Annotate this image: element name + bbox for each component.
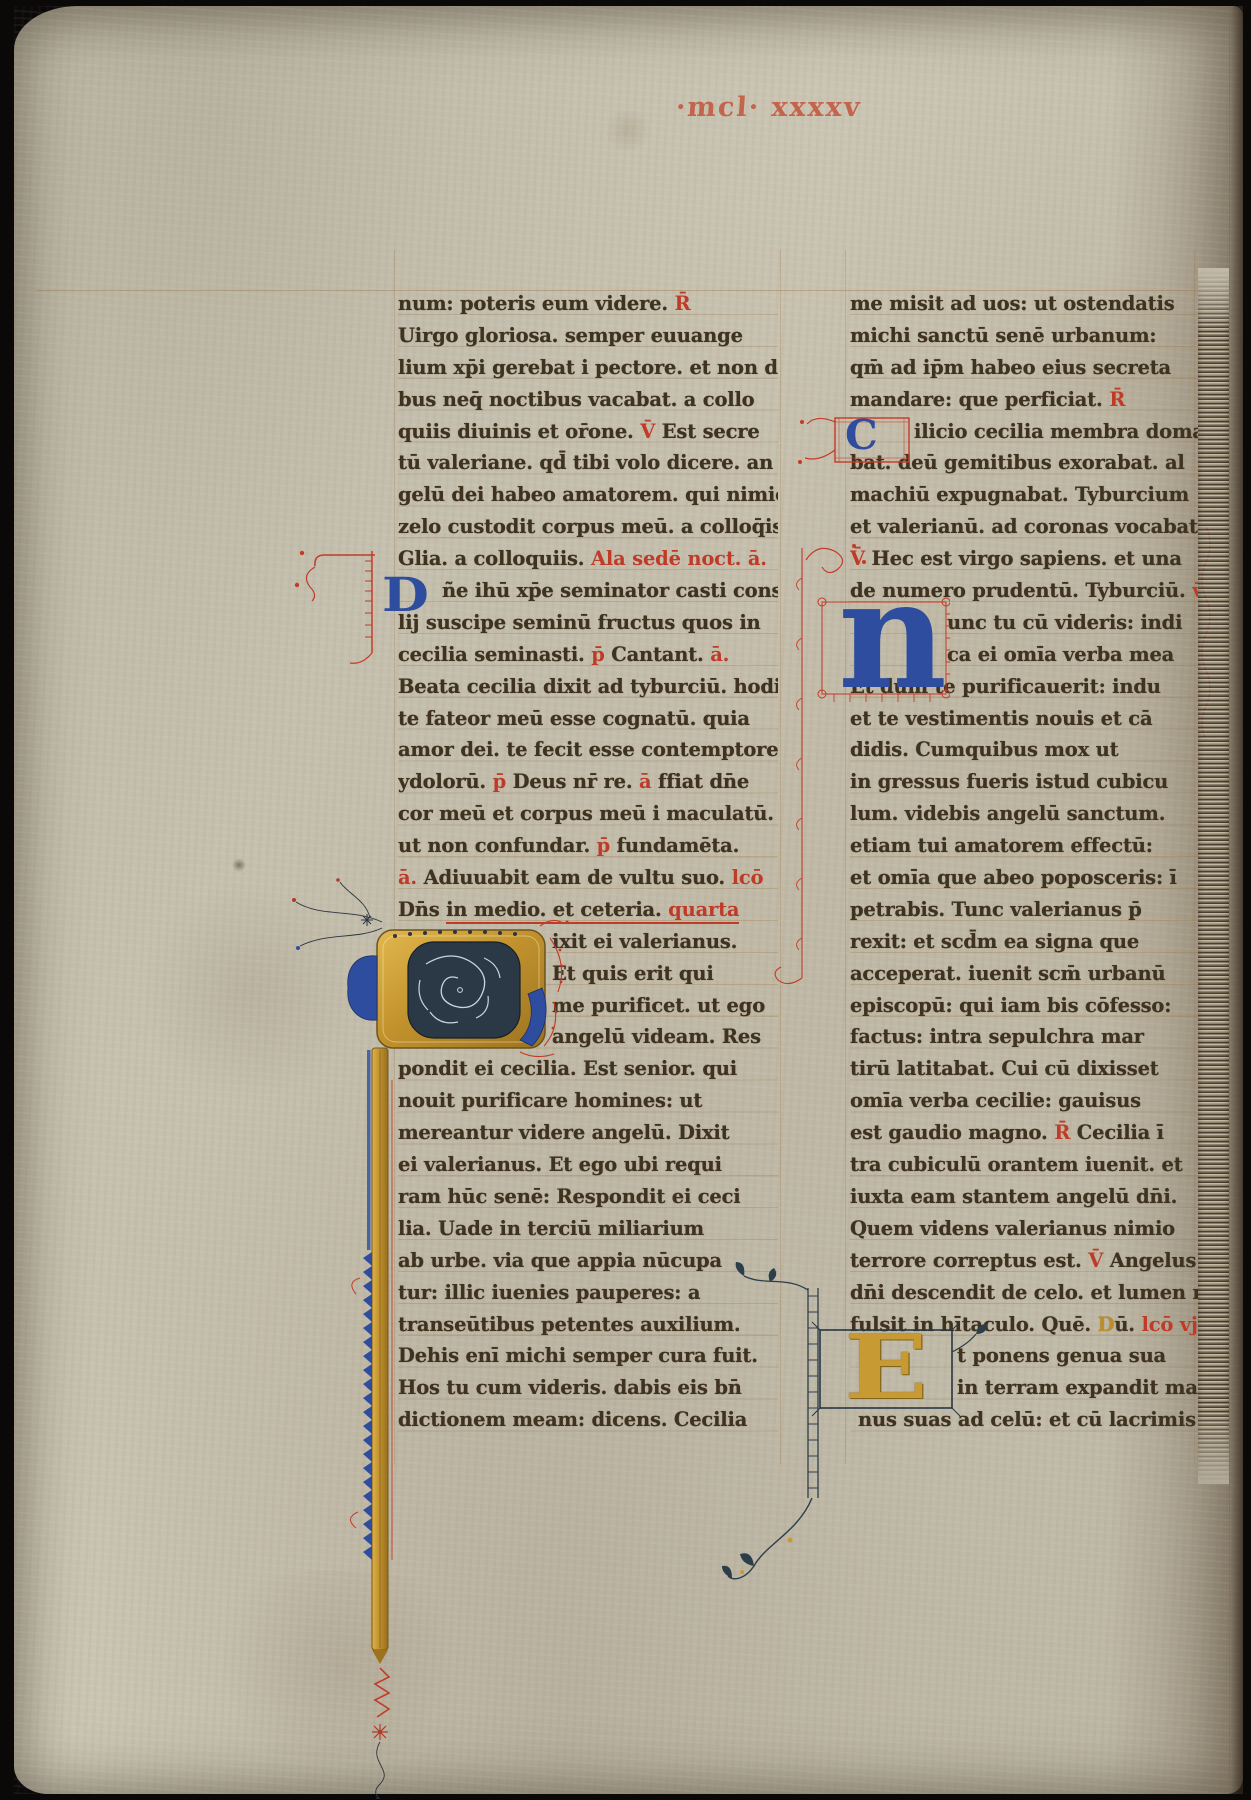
text-run: in gressus fueris istud cubicu bbox=[850, 770, 1168, 793]
text-line: dn̄i descendit de celo. et lumen re bbox=[850, 1277, 1198, 1309]
text-line: machiū expugnabat. Tyburcium bbox=[850, 479, 1198, 511]
text-line: Beata cecilia dixit ad tyburciū. hodie bbox=[398, 671, 778, 703]
ruling-line-vertical bbox=[394, 250, 395, 1464]
text-line: angelū videam. Res bbox=[398, 1021, 778, 1053]
text-run: fundamēta. bbox=[610, 834, 739, 857]
text-run: Ala sedē noct. ā. bbox=[591, 547, 767, 570]
text-line: terrore correptus est. V̄ Angelus bbox=[850, 1245, 1198, 1277]
text-line: est gaudio magno. R̄ Cecilia ī bbox=[850, 1117, 1198, 1149]
text-line: cecilia seminasti. p̄ Cantant. ā. bbox=[398, 639, 778, 671]
text-line: dictionem meam: dicens. Cecilia bbox=[398, 1404, 778, 1436]
text-run: machiū expugnabat. Tyburcium bbox=[850, 483, 1189, 506]
text-line: ixit ei valerianus. bbox=[398, 926, 778, 958]
text-run: transeūtibus petentes auxilium. bbox=[398, 1313, 741, 1336]
text-line: Hos tu cum videris. dabis eis bn̄ bbox=[398, 1372, 778, 1404]
text-run: angelū videam. Res bbox=[552, 1025, 761, 1048]
text-line: nouit purificare homines: ut bbox=[398, 1085, 778, 1117]
text-run: Cecilia ī bbox=[1070, 1121, 1164, 1144]
text-run: terrore correptus est. bbox=[850, 1249, 1088, 1272]
text-run: V̄ bbox=[1088, 1249, 1103, 1272]
text-line: Dn̄s in medio. et ceteria. quarta bbox=[398, 894, 778, 926]
text-run: michi sanctū senē urbanum: bbox=[850, 324, 1156, 347]
text-run: dn̄i descendit de celo. et lumen re bbox=[850, 1281, 1198, 1304]
text-run: Et quis erit qui bbox=[552, 962, 714, 985]
text-run: R̄ bbox=[1109, 388, 1125, 411]
text-run: Cantant. bbox=[605, 643, 711, 666]
text-line: Glia. a colloquiis. Ala sedē noct. ā. bbox=[398, 543, 778, 575]
text-line: Quem videns valerianus nimio bbox=[850, 1213, 1198, 1245]
text-run: t ponens genua sua bbox=[957, 1344, 1166, 1367]
text-line: ydolorū. p̄ Deus nr̄ re. ā ffiat dn̄e bbox=[398, 766, 778, 798]
text-run: petrabis. Tunc valerianus p̄ bbox=[850, 898, 1142, 921]
text-run: Et dum te purificauerit: indu bbox=[850, 675, 1161, 698]
ruling-line-vertical bbox=[845, 250, 846, 1464]
text-line: quiis diuinis et or̄one. V̄ Est secre bbox=[398, 416, 778, 448]
text-line: me purificet. ut ego bbox=[398, 990, 778, 1022]
text-line: cor meū et corpus meū i maculatū. bbox=[398, 798, 778, 830]
text-line: petrabis. Tunc valerianus p̄ bbox=[850, 894, 1198, 926]
text-run: me purificet. ut ego bbox=[552, 994, 765, 1017]
text-line: amor dei. te fecit esse contemptorem bbox=[398, 734, 778, 766]
text-line: te fateor meū esse cognatū. quia bbox=[398, 703, 778, 735]
text-run: ixit ei valerianus. bbox=[552, 930, 737, 953]
text-run: V̄ bbox=[640, 420, 655, 443]
text-run: tū valeriane. qd̄ tibi volo dicere. an bbox=[398, 451, 773, 474]
text-line: tra cubiculū orantem iuenit. et bbox=[850, 1149, 1198, 1181]
text-line: de numero prudentū. Tyburciū. v̄. bbox=[850, 575, 1198, 607]
fore-edge-fade bbox=[1198, 268, 1229, 1484]
text-run: ydolorū. bbox=[398, 770, 493, 793]
text-line: didis. Cumquibus mox ut bbox=[850, 734, 1198, 766]
text-run: acceperat. iuenit scm̄ urbanū bbox=[850, 962, 1165, 985]
text-run: in terram expandit ma bbox=[957, 1376, 1198, 1399]
text-run: nouit purificare homines: ut bbox=[398, 1089, 702, 1112]
text-run: tra cubiculū orantem iuenit. et bbox=[850, 1153, 1183, 1176]
text-run: est gaudio magno. bbox=[850, 1121, 1054, 1144]
folio-number: ·mcl· xxxxv bbox=[675, 92, 863, 123]
text-line: lium xp̄i gerebat i pectore. et non die bbox=[398, 352, 778, 384]
text-line: unc tu cū videris: indi bbox=[850, 607, 1198, 639]
text-line: et omīa que abeo poposceris: ī bbox=[850, 862, 1198, 894]
text-line: episcopū: qui iam bis cōfesso: bbox=[850, 990, 1198, 1022]
text-line: michi sanctū senē urbanum: bbox=[850, 320, 1198, 352]
text-run: zelo custodit corpus meū. a colloq̄is. bbox=[398, 515, 778, 538]
text-run: lia. Uade in terciū miliarium bbox=[398, 1217, 704, 1240]
text-run: fulsit in hītaculo. Quē. bbox=[850, 1313, 1098, 1336]
text-line: Et quis erit qui bbox=[398, 958, 778, 990]
text-line: ca ei omīa verba mea bbox=[850, 639, 1198, 671]
text-line: acceperat. iuenit scm̄ urbanū bbox=[850, 958, 1198, 990]
text-run: bus neq̄ noctibus vacabat. a collo bbox=[398, 388, 755, 411]
text-run: ca ei omīa verba mea bbox=[947, 643, 1174, 666]
text-run: unc tu cū videris: indi bbox=[947, 611, 1182, 634]
text-run: Angelus bbox=[1103, 1249, 1196, 1272]
text-run: Hec est virgo sapiens. et una bbox=[865, 547, 1182, 570]
text-run: ffiat dn̄e bbox=[651, 770, 749, 793]
text-run: et omīa que abeo poposceris: ī bbox=[850, 866, 1177, 889]
text-line: tur: illic iuenies pauperes: a bbox=[398, 1277, 778, 1309]
text-line: in gressus fueris istud cubicu bbox=[850, 766, 1198, 798]
text-run: p̄ bbox=[597, 834, 610, 857]
page-right-edge-shadow bbox=[1229, 6, 1243, 1794]
text-run: Uirgo gloriosa. semper euuange bbox=[398, 324, 743, 347]
text-run: didis. Cumquibus mox ut bbox=[850, 738, 1118, 761]
text-line: lij suscipe seminū fructus quos in bbox=[398, 607, 778, 639]
text-run: etiam tui amatorem effectū: bbox=[850, 834, 1153, 857]
text-column-left: num: poteris eum videre. R̄Uirgo glorios… bbox=[398, 288, 778, 1440]
text-run: ei valerianus. Et ego ubi requi bbox=[398, 1153, 722, 1176]
text-run: p̄ bbox=[591, 643, 604, 666]
text-run: Hos tu cum videris. dabis eis bn̄ bbox=[398, 1376, 742, 1399]
text-run: D bbox=[1098, 1313, 1115, 1336]
text-line: iuxta eam stantem angelū dn̄i. bbox=[850, 1181, 1198, 1213]
ruling-line-vertical bbox=[780, 250, 781, 1464]
text-line: et valerianū. ad coronas vocabat. bbox=[850, 511, 1198, 543]
text-run: et valerianū. ad coronas vocabat. bbox=[850, 515, 1198, 538]
text-run: et te vestimentis nouis et cā bbox=[850, 707, 1152, 730]
text-run: pondit ei cecilia. Est senior. qui bbox=[398, 1057, 737, 1080]
text-line: nus suas ad celū: et cū lacrimis bbox=[850, 1404, 1198, 1436]
text-line: rexit: et scd̄m ea signa que bbox=[850, 926, 1198, 958]
text-run: Glia. a colloquiis. bbox=[398, 547, 591, 570]
text-run: V̄ bbox=[850, 547, 865, 570]
text-line: et te vestimentis nouis et cā bbox=[850, 703, 1198, 735]
text-run: quiis diuinis et or̄one. bbox=[398, 420, 640, 443]
text-run: amor dei. te fecit esse contemptorem bbox=[398, 738, 778, 761]
text-line: Dehis enī michi semper cura fuit. bbox=[398, 1340, 778, 1372]
text-line: ei valerianus. Et ego ubi requi bbox=[398, 1149, 778, 1181]
text-run: p̄ bbox=[493, 770, 506, 793]
text-run: quarta bbox=[668, 898, 739, 924]
text-line: etiam tui amatorem effectū: bbox=[850, 830, 1198, 862]
text-line: zelo custodit corpus meū. a colloq̄is. bbox=[398, 511, 778, 543]
text-run: num: poteris eum videre. bbox=[398, 292, 675, 315]
text-line: transeūtibus petentes auxilium. bbox=[398, 1309, 778, 1341]
text-line: t ponens genua sua bbox=[850, 1340, 1198, 1372]
text-line: Uirgo gloriosa. semper euuange bbox=[398, 320, 778, 352]
manuscript-photo: ·mcl· xxxxv num: poteris eum videre. R̄U… bbox=[0, 0, 1251, 1800]
text-run: lcō bbox=[732, 866, 764, 889]
text-run: Dehis enī michi semper cura fuit. bbox=[398, 1344, 758, 1367]
text-run: Beata cecilia dixit ad tyburciū. hodie bbox=[398, 675, 778, 698]
text-run: nus suas ad celū: et cū lacrimis bbox=[858, 1408, 1196, 1431]
text-line: ilicio cecilia membra doma bbox=[850, 416, 1198, 448]
text-line: mereantur videre angelū. Dixit bbox=[398, 1117, 778, 1149]
text-run: Quem videns valerianus nimio bbox=[850, 1217, 1175, 1240]
text-run: me misit ad uos: ut ostendatis bbox=[850, 292, 1174, 315]
text-line: V̄ Hec est virgo sapiens. et una bbox=[850, 543, 1198, 575]
text-line: ram hūc senē: Respondit ei ceci bbox=[398, 1181, 778, 1213]
text-run: te fateor meū esse cognatū. quia bbox=[398, 707, 750, 730]
text-line: bat. deū gemitibus exorabat. al bbox=[850, 447, 1198, 479]
text-line: factus: intra sepulchra mar bbox=[850, 1021, 1198, 1053]
text-run: Est secre bbox=[655, 420, 759, 443]
text-run: ā. bbox=[710, 643, 729, 666]
text-line: ab urbe. via que appia nūcupa bbox=[398, 1245, 778, 1277]
text-run: episcopū: qui iam bis cōfesso: bbox=[850, 994, 1171, 1017]
text-run: lcō vj bbox=[1141, 1313, 1197, 1336]
text-column-right: me misit ad uos: ut ostendatismichi sanc… bbox=[850, 288, 1198, 1440]
text-line: bus neq̄ noctibus vacabat. a collo bbox=[398, 384, 778, 416]
text-line: tū valeriane. qd̄ tibi volo dicere. an bbox=[398, 447, 778, 479]
text-run: dictionem meam: dicens. Cecilia bbox=[398, 1408, 747, 1431]
text-run: R̄ bbox=[675, 292, 691, 315]
text-line: lum. videbis angelū sanctum. bbox=[850, 798, 1198, 830]
text-run: ā bbox=[639, 770, 651, 793]
text-run: mandare: que perficiat. bbox=[850, 388, 1109, 411]
text-line: ut non confundar. p̄ fundamēta. bbox=[398, 830, 778, 862]
text-run: gelū dei habeo amatorem. qui nimio bbox=[398, 483, 778, 506]
text-line: mandare: que perficiat. R̄ bbox=[850, 384, 1198, 416]
text-run: qm̄ ad ip̄m habeo eius secreta bbox=[850, 356, 1171, 379]
text-run: Deus nr̄ re. bbox=[506, 770, 639, 793]
text-line: Et dum te purificauerit: indu bbox=[850, 671, 1198, 703]
text-run: lij suscipe seminū fructus quos in bbox=[398, 611, 761, 634]
text-run: ū. bbox=[1114, 1313, 1141, 1336]
text-run: omīa verba cecilie: gauisus bbox=[850, 1089, 1141, 1112]
text-run: de numero prudentū. Tyburciū. bbox=[850, 579, 1192, 602]
text-run: in medio. et ceteria. bbox=[446, 898, 668, 924]
text-run: ram hūc senē: Respondit ei ceci bbox=[398, 1185, 741, 1208]
text-run: rexit: et scd̄m ea signa que bbox=[850, 930, 1139, 953]
text-run: factus: intra sepulchra mar bbox=[850, 1025, 1144, 1048]
text-run: bat. deū gemitibus exorabat. al bbox=[850, 451, 1185, 474]
text-run: cor meū et corpus meū i maculatū. bbox=[398, 802, 774, 825]
text-run: ab urbe. via que appia nūcupa bbox=[398, 1249, 722, 1272]
text-line: pondit ei cecilia. Est senior. qui bbox=[398, 1053, 778, 1085]
text-run: tirū latitabat. Cui cū dixisset bbox=[850, 1057, 1159, 1080]
text-line: me misit ad uos: ut ostendatis bbox=[850, 288, 1198, 320]
text-run: cecilia seminasti. bbox=[398, 643, 591, 666]
text-run: ut non confundar. bbox=[398, 834, 597, 857]
text-line: ā. Adiuuabit eam de vultu suo. lcō bbox=[398, 862, 778, 894]
text-run: ā. bbox=[398, 866, 417, 889]
text-line: gelū dei habeo amatorem. qui nimio bbox=[398, 479, 778, 511]
text-run: mereantur videre angelū. Dixit bbox=[398, 1121, 729, 1144]
text-run: lum. videbis angelū sanctum. bbox=[850, 802, 1165, 825]
text-line: in terram expandit ma bbox=[850, 1372, 1198, 1404]
text-line: fulsit in hītaculo. Quē. Dū. lcō vj bbox=[850, 1309, 1198, 1341]
text-line: qm̄ ad ip̄m habeo eius secreta bbox=[850, 352, 1198, 384]
text-line: lia. Uade in terciū miliarium bbox=[398, 1213, 778, 1245]
text-run: lium xp̄i gerebat i pectore. et non die bbox=[398, 356, 778, 379]
text-run: tur: illic iuenies pauperes: a bbox=[398, 1281, 700, 1304]
text-line: num: poteris eum videre. R̄ bbox=[398, 288, 778, 320]
text-run: R̄ bbox=[1054, 1121, 1070, 1144]
text-run: Dn̄s bbox=[398, 898, 446, 921]
text-line: omīa verba cecilie: gauisus bbox=[850, 1085, 1198, 1117]
text-run: ilicio cecilia membra doma bbox=[914, 420, 1198, 443]
text-run: Adiuuabit eam de vultu suo. bbox=[417, 866, 732, 889]
text-run: iuxta eam stantem angelū dn̄i. bbox=[850, 1185, 1177, 1208]
text-run: ñe ihū xp̄e seminator casti consi bbox=[442, 579, 778, 602]
text-line: tirū latitabat. Cui cū dixisset bbox=[850, 1053, 1198, 1085]
text-line: ñe ihū xp̄e seminator casti consi bbox=[398, 575, 778, 607]
